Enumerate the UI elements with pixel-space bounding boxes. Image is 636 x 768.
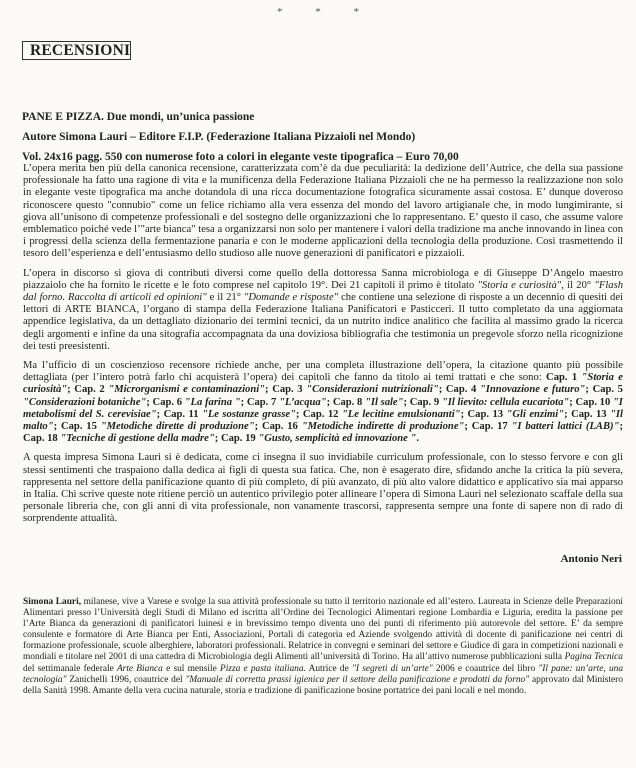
chapter-title: "Considerazioni botaniche" xyxy=(23,397,146,408)
review-body: L’opera merita ben più della canonica re… xyxy=(23,163,623,533)
chapter-number: Cap. 7 xyxy=(247,397,279,408)
section-label-recensioni: RECENSIONI xyxy=(22,41,131,60)
star: * xyxy=(354,6,360,18)
chapter-separator: . xyxy=(416,433,419,444)
chapter-number: Cap. 10 xyxy=(576,397,613,408)
chapter-number: Cap. 13 xyxy=(468,409,507,420)
publication-title: "I segreti di un’arte" xyxy=(352,664,433,674)
chapter-separator: ; xyxy=(157,409,164,420)
publication-title: Arte Bianca xyxy=(117,664,163,674)
chapter-number: Cap. 5 xyxy=(593,384,623,395)
publication-title: "Manuale di corretta prassi igienica per… xyxy=(185,675,529,685)
chapter-number: Cap. 15 xyxy=(61,421,101,432)
publication-title: Pizza e pasta italiana. xyxy=(220,664,306,674)
chapter-title: "Innovazione e futuro" xyxy=(480,384,586,395)
chapter-title: "Le lecitine emulsionanti" xyxy=(342,409,461,420)
chapter-number: Cap. 17 xyxy=(472,421,512,432)
chapter-title: "Il sale" xyxy=(365,397,404,408)
book-author-publisher: Autore Simona Lauri – Editore F.I.P. (Fe… xyxy=(22,130,622,150)
chapter-separator: ; xyxy=(461,409,468,420)
text-span: Zanichelli 1996, coautrice del xyxy=(67,675,186,685)
chapter-number: Cap. 13 xyxy=(571,409,610,420)
chapter-number: Cap. 1 xyxy=(546,372,582,383)
section-separator-stars: * * * xyxy=(0,6,636,18)
chapter-title-quote: "Storia e curiosità" xyxy=(478,280,562,291)
book-title: PANE E PIZZA. Due mondi, un’unica passio… xyxy=(22,110,622,130)
chapter-number: Cap. 8 xyxy=(333,397,365,408)
chapter-title: "Considerazioni nutrizionali" xyxy=(306,384,439,395)
book-header: PANE E PIZZA. Due mondi, un’unica passio… xyxy=(22,110,622,170)
text-span: 2006 e coautrice del libro xyxy=(433,664,539,674)
chapter-number: Cap. 6 xyxy=(153,397,185,408)
publication-title: Pagina Tecnica xyxy=(565,652,623,662)
text-span: e il 21° xyxy=(207,292,244,303)
chapter-number: Cap. 3 xyxy=(272,384,306,395)
chapter-separator: ; xyxy=(585,384,592,395)
chapter-number: Cap. 4 xyxy=(446,384,480,395)
chapter-title: "Il lievito: cellula eucariota" xyxy=(442,397,569,408)
chapter-separator: ; xyxy=(296,409,303,420)
review-paragraph-2: L’opera in discorso si giova di contribu… xyxy=(23,268,623,353)
chapter-title: "Gli enzimi" xyxy=(507,409,565,420)
author-name: Simona Lauri, xyxy=(23,597,81,607)
review-signature: Antonio Neri xyxy=(561,553,622,565)
text-span: milanese, vive a Varese e svolge la sua … xyxy=(23,597,623,662)
chapter-number: Cap. 11 xyxy=(164,409,202,420)
chapter-title-quote: "Domande e risposte" xyxy=(244,292,338,303)
chapter-number: Cap. 2 xyxy=(74,384,108,395)
chapter-number: Cap. 9 xyxy=(410,397,442,408)
chapter-title: "Tecniche di gestione della madre" xyxy=(60,433,214,444)
text-span: Autrice de xyxy=(306,664,352,674)
chapter-title: "Le sostanze grasse" xyxy=(202,409,296,420)
star: * xyxy=(315,6,321,18)
chapter-number: Cap. 16 xyxy=(262,421,302,432)
author-bio-paragraph: Simona Lauri, milanese, vive a Varese e … xyxy=(23,597,623,697)
chapter-title: "I batteri lattici (LAB)" xyxy=(512,421,620,432)
text-span: e sul mensile xyxy=(163,664,220,674)
chapter-title: "Metodiche indirette di produzione" xyxy=(302,421,465,432)
chapter-number: Cap. 18 xyxy=(23,433,60,444)
review-paragraph-3-chapters: Ma l’ufficio di un coscienzioso recensor… xyxy=(23,360,623,445)
chapter-number: Cap. 19 xyxy=(221,433,258,444)
chapter-separator: ; xyxy=(255,421,262,432)
text-span: Ma l’ufficio di un coscienzioso recensor… xyxy=(23,360,623,383)
review-paragraph-1: L’opera merita ben più della canonica re… xyxy=(23,163,623,261)
chapter-title: "Metodiche dirette di produzione" xyxy=(101,421,255,432)
chapter-number: Cap. 12 xyxy=(303,409,342,420)
chapter-separator: ; xyxy=(619,421,623,432)
chapter-title: "La farina " xyxy=(185,397,241,408)
chapter-separator: ; xyxy=(439,384,446,395)
chapter-title: "L’acqua" xyxy=(279,397,327,408)
author-bio: Simona Lauri, milanese, vive a Varese e … xyxy=(23,597,623,697)
text-span: del settimanale federale xyxy=(23,664,117,674)
chapter-title: "Gusto, semplicità ed innovazione " xyxy=(258,433,416,444)
chapter-title: "Microrganismi e contaminazioni" xyxy=(108,384,265,395)
text-span: , il 20° xyxy=(561,280,594,291)
star: * xyxy=(277,6,283,18)
chapter-separator: ; xyxy=(54,421,61,432)
review-paragraph-4: A questa impresa Simona Lauri si è dedic… xyxy=(23,452,623,525)
chapter-separator: ; xyxy=(464,421,471,432)
